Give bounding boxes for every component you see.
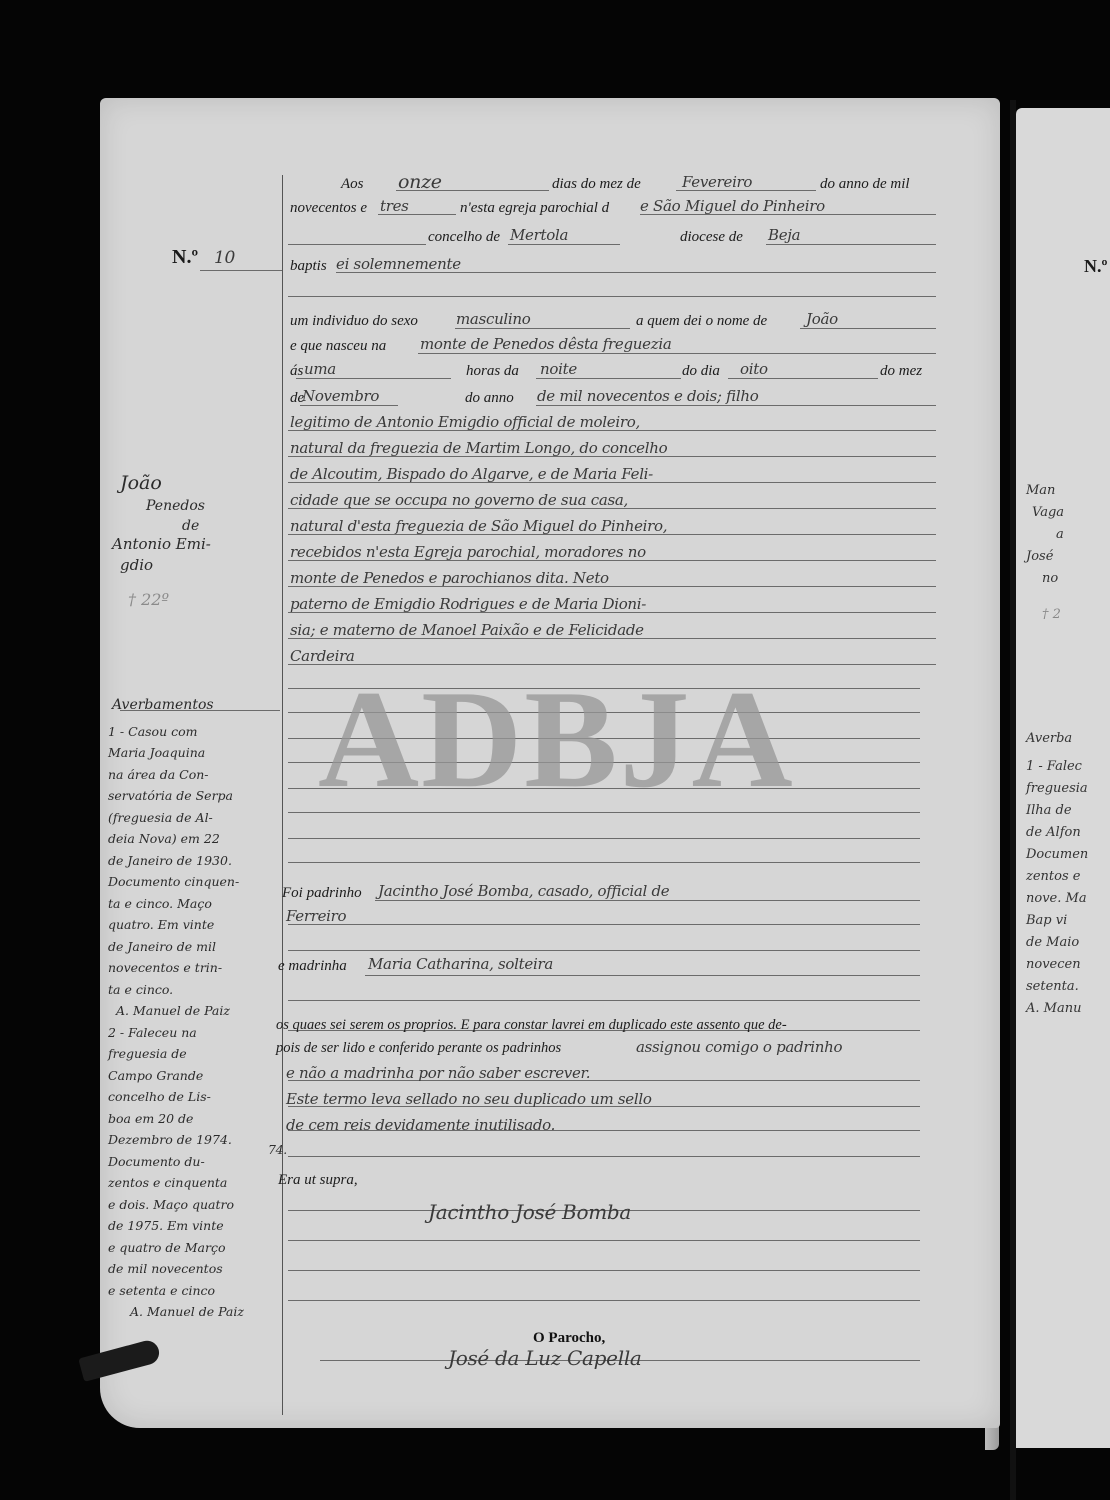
adjacent-subject-line: a [1026,524,1064,546]
narrative-line: de Alcoutim, Bispado do Algarve, e de Ma… [290,465,653,483]
averbamento-line: ta e cinco. [108,979,288,1001]
printed-text: e que nasceu na [290,338,386,355]
padrinho-label: Foi padrinho [282,885,362,902]
averbamento-line: Maria Joaquina [108,742,288,764]
adjacent-averbamentos-title: Averba [1026,728,1088,750]
printed-text: a quem dei o nome de [636,313,767,330]
field-concelho: Mertola [510,226,568,244]
narrative-line: recebidos n'esta Egreja parochial, morad… [290,543,646,561]
averbamento-line: ta e cinco. Maço [108,893,288,915]
narrative-line: natural da freguezia de Martim Longo, do… [290,439,667,457]
era-ut-supra: Era ut supra, [278,1172,358,1189]
adjacent-subject-line: Man [1026,480,1064,502]
madrinha-value: Maria Catharina, solteira [368,955,553,973]
averbamento-line: de mil novecentos [108,1258,288,1280]
margin-subject: João Penedos de Antonio Emi- gdio † 22º [108,470,288,610]
averbamento-line: Dezembro de 1974. [108,1129,288,1151]
adjacent-note-line: novecen [1026,954,1088,976]
printed-text: diocese de [680,229,743,246]
averbamento-line: Campo Grande [108,1065,288,1087]
entry-number-label: N.º [172,246,198,269]
closing-hand: Este termo leva sellado no seu duplicado… [286,1090,652,1108]
adjacent-subject-line: no [1026,568,1064,590]
adjacent-note-line: 1 - Falec [1026,756,1088,778]
margin-subject-line: João [108,470,288,496]
entry-number: 10 [214,248,235,268]
averbamento-line: concelho de Lis- [108,1086,288,1108]
printed-text: do mez [880,363,922,380]
averbamento-line: e setenta e cinco [108,1280,288,1302]
printed-text: n'esta egreja parochial d [460,200,609,217]
field-birth-day: oito [740,360,768,378]
averbamento-line: Documento du- [108,1151,288,1173]
narrative-line: legitimo de Antonio Emigdio official de … [290,413,640,431]
printed-text: novecentos e [290,200,367,217]
closing-hand: assignou comigo o padrinho [636,1038,842,1056]
averbamento-line: freguesia de [108,1043,288,1065]
averbamento-line: 2 - Faleceu na [108,1022,288,1044]
adjacent-note-line: Documen [1026,844,1088,866]
adjacent-page: N.º Man Vaga a José no † 2 Averba 1 - Fa… [1016,108,1110,1448]
averbamento-line: na área da Con- [108,764,288,786]
closing-hand: de cem reis devidamente inutilisado. [286,1116,555,1134]
field-birth-year: de mil novecentos e dois; filho [537,387,758,405]
obit-mark: † 22º [108,589,288,611]
field-period: noite [540,360,577,378]
averbamento-line: deia Nova) em 22 [108,828,288,850]
averbamento-signature: A. Manuel de Paiz [108,1301,288,1323]
printed-text: horas da [466,363,519,380]
averbamento-signature: A. Manuel de Paiz [108,1000,288,1022]
averbamento-line: zentos e cinquenta [108,1172,288,1194]
narrative-line: paterno de Emigdio Rodrigues e de Maria … [290,595,646,613]
narrative-line: Cardeira [290,647,355,665]
averbamento-line: quatro. Em vinte [108,914,288,936]
averbamento-line: de Janeiro de mil [108,936,288,958]
parocho-label: O Parocho, [533,1330,605,1347]
padrinho-signature: Jacintho José Bomba [428,1200,631,1224]
narrative-line: cidade que se occupa no governo de sua c… [290,491,628,509]
averbamento-line: 1 - Casou com [108,721,288,743]
field-birth-month: Novembro [302,387,379,405]
adjacent-note-line: de Maio [1026,932,1088,954]
adjacent-note-line: A. Manu [1026,998,1088,1020]
field-name: João [806,310,838,328]
printed-text: do dia [682,363,720,380]
adjacent-note-line: freguesia [1026,778,1088,800]
narrative-line: natural d'esta freguezia de São Miguel d… [290,517,667,535]
adjacent-note-line: setenta. [1026,976,1088,998]
adjacent-obit-mark: † 2 [1026,604,1064,626]
field-month: Fevereiro [682,173,752,191]
printed-text: um individuo do sexo [290,313,418,330]
adjacent-note-line: Ilha de [1026,800,1088,822]
padrinho-value: Jacintho José Bomba, casado, official de [378,882,669,900]
closing-text: os quaes sei serem os proprios. E para c… [276,1017,787,1034]
field-baptism-type: ei solemnemente [336,255,461,273]
averbamento-line: e dois. Maço quatro [108,1194,288,1216]
adjacent-averbamentos: Averba 1 - Falec freguesia Ilha de de Al… [1026,728,1088,1020]
adjacent-note-line: nove. Ma [1026,888,1088,910]
field-year: tres [380,197,409,215]
averbamento-line: servatória de Serpa [108,785,288,807]
closing-hand: e não a madrinha por não saber escrever. [286,1064,590,1082]
adjacent-note-line: de Alfon [1026,822,1088,844]
narrative-line: monte de Penedos e parochianos dita. Net… [290,569,609,587]
field-sex: masculino [456,310,531,328]
madrinha-label: e madrinha [278,958,347,975]
field-day: onze [398,171,442,193]
adjacent-subject-line: José [1026,546,1064,568]
printed-text: do anno de mil [820,176,910,193]
averbamento-line: de 1975. Em vinte [108,1215,288,1237]
adjacent-note-line: zentos e [1026,866,1088,888]
averbamento-line: e quatro de Março [108,1237,288,1259]
averbamento-line: novecentos e trin- [108,957,288,979]
averbamentos-title: Averbamentos [108,695,288,717]
parocho-signature: José da Luz Capella [448,1346,642,1370]
averbamentos: Averbamentos 1 - Casou com Maria Joaquin… [108,695,288,1323]
printed-text: Aos [341,176,364,193]
archive-watermark: ADBJA [318,670,795,810]
margin-subject-line: de [108,518,288,534]
field-diocese: Beja [768,226,800,244]
field-birthplace: monte de Penedos dêsta freguezia [420,335,671,353]
averbamento-line: de Janeiro de 1930. [108,850,288,872]
averbamento-line: (freguesia de Al- [108,807,288,829]
printed-text: dias do mez de [552,176,641,193]
adjacent-entry-number-label: N.º [1084,256,1107,277]
averbamento-line: boa em 20 de [108,1108,288,1130]
field-parish: e São Miguel do Pinheiro [640,197,825,215]
adjacent-note-line: Bap vi [1026,910,1088,932]
printed-text: do anno [465,390,514,407]
margin-subject-line: Penedos [108,496,288,518]
padrinho-value-cont: Ferreiro [286,907,346,925]
averbamento-line: Documento cinquen- [108,871,288,893]
adjacent-margin-note: Man Vaga a José no † 2 [1026,480,1064,626]
margin-subject-line: gdio [108,555,288,577]
printed-text: concelho de [428,229,500,246]
printed-text: ás [290,363,303,380]
narrative-line: sia; e materno de Manoel Paixão e de Fel… [290,621,644,639]
printed-text: baptis [290,258,327,275]
closing-text: pois de ser lido e conferido perante os … [276,1040,561,1057]
field-hour: uma [304,360,336,378]
margin-subject-line: Antonio Emi- [108,534,288,556]
adjacent-subject-line: Vaga [1026,502,1064,524]
